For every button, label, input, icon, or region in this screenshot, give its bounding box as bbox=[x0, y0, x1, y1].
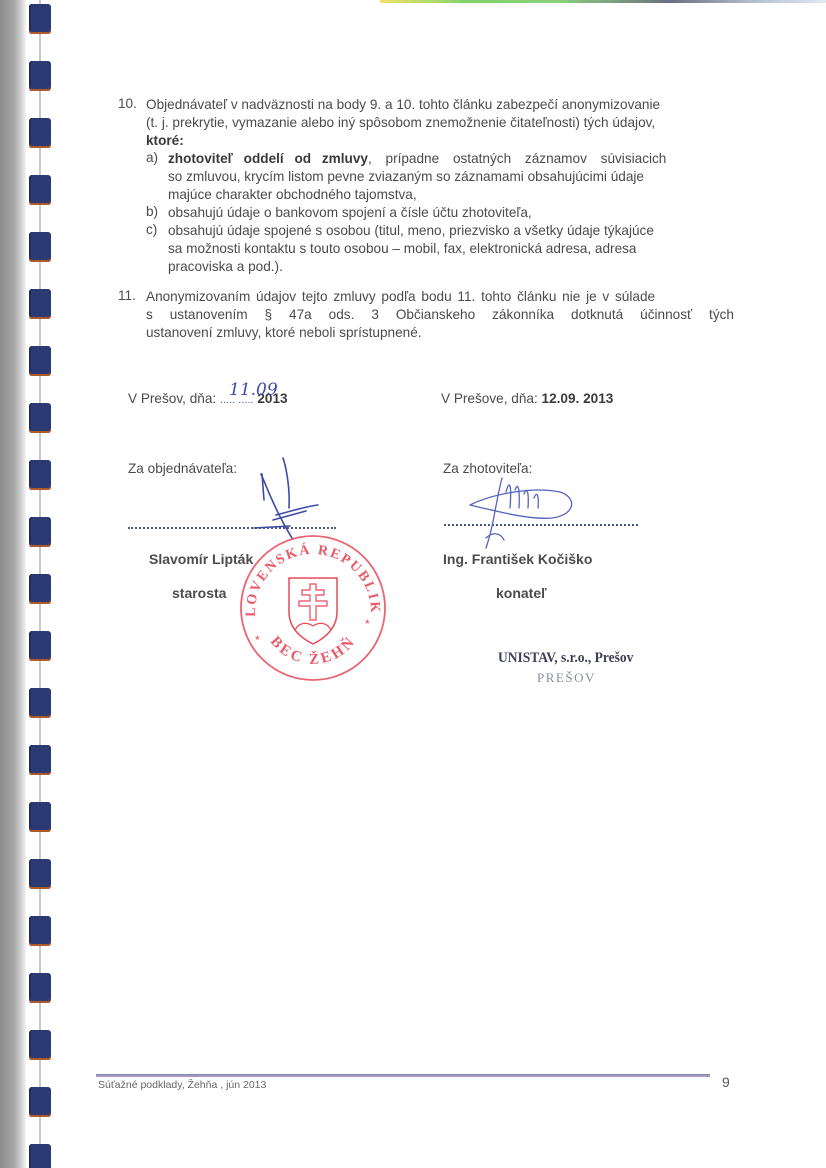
right-role-label: Za zhotoviteľa: bbox=[443, 461, 532, 476]
clause-text-line: Objednávateľ v nadväznosti na body 9. a … bbox=[146, 96, 734, 114]
right-signatory-title: konateľ bbox=[496, 585, 547, 601]
subitem-text-line: majúce charakter obchodného tajomstva, bbox=[168, 186, 417, 204]
binding-ring bbox=[29, 517, 51, 547]
subitem-text-line: so zmluvou, krycím listom pevne zviazaný… bbox=[168, 168, 734, 186]
subitem-text-line: pracoviska a pod.). bbox=[168, 258, 283, 276]
binding-ring bbox=[29, 289, 51, 319]
svg-text:SLOVENSKÁ REPUBLIKA: SLOVENSKÁ REPUBLIKA bbox=[227, 517, 382, 617]
binding-ring bbox=[29, 118, 51, 148]
footer-text: Súťažné podklady, Žehňa , jún 2013 bbox=[98, 1079, 266, 1091]
binding-ring bbox=[29, 574, 51, 604]
subitem-a-line1: zhotoviteľ oddelí od zmluvy , prípadne o… bbox=[168, 150, 734, 168]
svg-text:*: * bbox=[255, 633, 260, 647]
binding-ring bbox=[29, 4, 51, 34]
binding-ring bbox=[29, 973, 51, 1003]
binding-ring bbox=[29, 61, 51, 91]
clause-number: 10. bbox=[118, 96, 137, 111]
subitem-label: a) bbox=[146, 150, 158, 165]
binding-ring bbox=[29, 859, 51, 889]
binding-ring bbox=[29, 175, 51, 205]
handwritten-date: 11.09 bbox=[229, 380, 278, 400]
clause-text-line: (t. j. prekrytie, vymazanie alebo iný sp… bbox=[146, 114, 734, 132]
binding-ring bbox=[29, 1144, 51, 1168]
svg-text:*: * bbox=[365, 617, 370, 631]
binding-ring bbox=[29, 232, 51, 262]
binding-ring bbox=[29, 688, 51, 718]
clause-text-line: ktoré: bbox=[146, 132, 184, 150]
clause-text-line: Anonymizovaním údajov tejto zmluvy podľa… bbox=[146, 288, 734, 306]
binding-ring bbox=[29, 346, 51, 376]
company-stamp-city: PREŠOV bbox=[537, 670, 596, 686]
page-number: 9 bbox=[722, 1074, 730, 1090]
scan-artifact-strip bbox=[380, 0, 826, 3]
binding-ring bbox=[29, 1030, 51, 1060]
right-place-date: V Prešove, dňa: 12.09. 2013 bbox=[441, 391, 613, 406]
binding-ring bbox=[29, 631, 51, 661]
binding-ring bbox=[29, 403, 51, 433]
subitem-rest: , prípadne ostatných záznamov súvisiacic… bbox=[368, 150, 666, 168]
scan-shadow bbox=[0, 0, 26, 1168]
binding-ring bbox=[29, 1087, 51, 1117]
left-role-label: Za objednávateľa: bbox=[128, 461, 237, 476]
subitem-bold: zhotoviteľ oddelí od zmluvy bbox=[168, 150, 368, 168]
company-stamp-name: UNISTAV, s.r.o., Prešov bbox=[498, 650, 633, 667]
binding-ring bbox=[29, 460, 51, 490]
binding-ring bbox=[29, 916, 51, 946]
place-date-prefix: V Prešov, dňa: bbox=[128, 391, 216, 406]
subitem-text-line: obsahujú údaje o bankovom spojení a čísl… bbox=[168, 204, 532, 222]
date: 12.09. 2013 bbox=[542, 391, 614, 406]
subitem-label: b) bbox=[146, 204, 158, 219]
subitem-text-line: obsahujú údaje spojené s osobou (titul, … bbox=[168, 222, 734, 240]
place-date-prefix: V Prešove, dňa: bbox=[441, 391, 538, 406]
clause-number: 11. bbox=[118, 288, 136, 303]
footer-rule bbox=[96, 1074, 710, 1077]
subitem-label: c) bbox=[146, 222, 157, 237]
clause-text-line: ustanovení zmluvy, ktoré neboli sprístup… bbox=[146, 324, 422, 342]
binding-ring bbox=[29, 745, 51, 775]
clause-text-line: s ustanovením § 47a ods. 3 Občianskeho z… bbox=[146, 306, 734, 324]
right-signatory-name: Ing. František Kočiško bbox=[443, 551, 592, 567]
municipal-stamp-icon: SLOVENSKÁ REPUBLIKA OBEC ŽEHŇA * * bbox=[233, 528, 393, 688]
left-signatory-title: starosta bbox=[172, 585, 226, 601]
right-signature-line bbox=[444, 524, 638, 526]
subitem-text-line: sa možnosti kontaktu s touto osobou – mo… bbox=[168, 240, 734, 258]
binding-ring bbox=[29, 802, 51, 832]
